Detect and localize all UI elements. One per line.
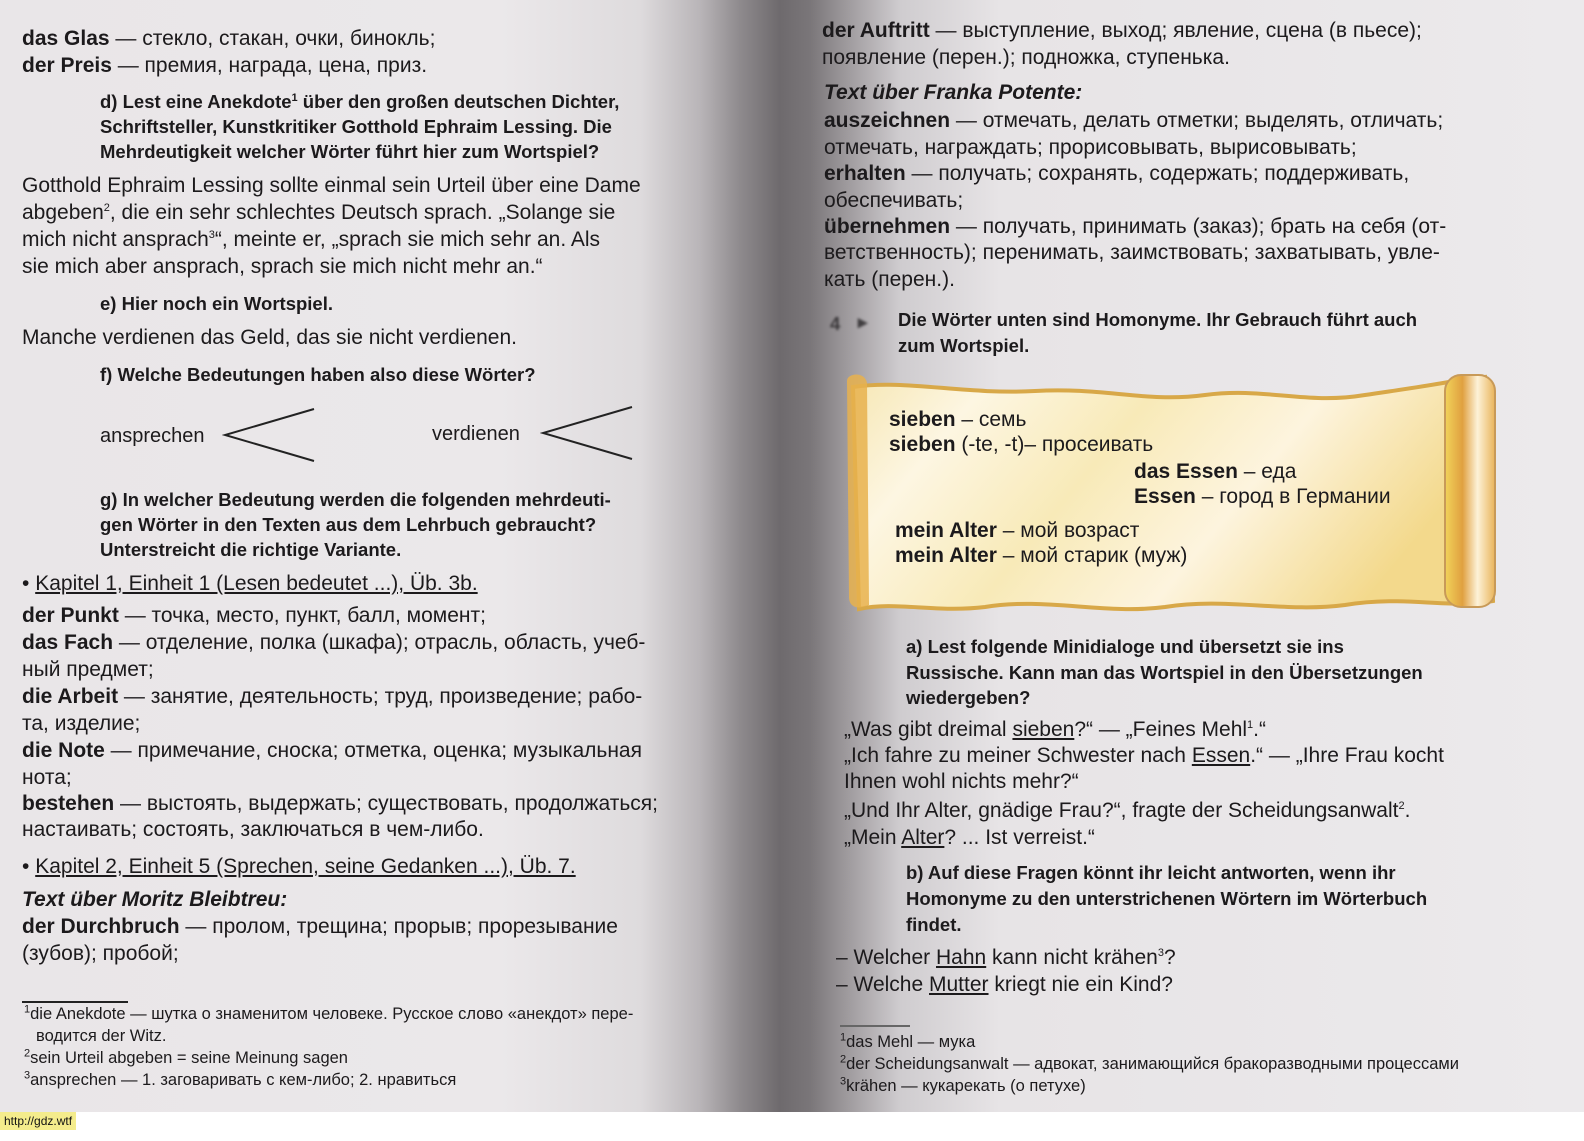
task-marker-icon: ▸: [858, 309, 867, 335]
task-number: 4: [830, 311, 840, 337]
homonym-pair: mein Alter – мой старик (муж): [895, 543, 1187, 569]
dialogue-line: „Ich fahre zu meiner Schwester nach Esse…: [844, 743, 1444, 769]
task-g-heading: g) In welcher Bedeutung werden die folge…: [100, 487, 611, 513]
vocab-entry: der Punkt — точка, место, пункт, балл, м…: [22, 603, 486, 629]
homonym-pair: sieben (-te, -t)– просеивать: [889, 432, 1153, 458]
vocab-entry-cont: ный предмет;: [22, 657, 154, 683]
task-d-heading: d) Lest eine Anekdote1 über den großen d…: [100, 89, 619, 115]
section-heading: • Kapitel 2, Einheit 5 (Sprechen, seine …: [22, 854, 576, 880]
word-ansprechen: ansprechen: [100, 423, 205, 449]
task-e-heading: e) Hier noch ein Wortspiel.: [100, 291, 333, 317]
homonym-pair: Essen – город в Германии: [1134, 484, 1391, 510]
homonym-pair: sieben – семь: [889, 407, 1026, 433]
vocab-entry: bestehen — выстоять, выдержать; существо…: [22, 791, 658, 817]
section-heading: • Kapitel 1, Einheit 1 (Lesen bedeutet .…: [22, 571, 478, 597]
footnote: 3ansprechen — 1. заговаривать с кем-либо…: [24, 1067, 456, 1093]
dialogue-line: Ihnen wohl nichts mehr?“: [844, 769, 1079, 795]
vocab-entry-cont: (зубов); пробой;: [22, 941, 179, 967]
vocab-entry-cont: обеспечивать;: [824, 188, 963, 214]
task-d-heading: Schriftsteller, Kunstkritiker Gotthold E…: [100, 114, 612, 140]
dialogue-line: „Mein Alter? ... Ist verreist.“: [844, 825, 1095, 851]
vocab-entry: erhalten — получать; сохранять, содержат…: [824, 161, 1409, 187]
vocab-entry: auszeichnen — отмечать, делать отметки; …: [824, 108, 1443, 134]
vocab-entry-cont: та, изделие;: [22, 711, 140, 737]
task-a-heading: Russische. Kann man das Wortspiel in den…: [906, 660, 1423, 686]
vocab-entry: die Arbeit — занятие, деятельность; труд…: [22, 684, 642, 710]
anecdote-text: abgeben2, die ein sehr schlechtes Deutsc…: [22, 200, 615, 226]
task-b-heading: findet.: [906, 912, 962, 938]
task-g-heading: gen Wörter in den Texten aus dem Lehrbuc…: [100, 512, 596, 538]
homonym-pair: das Essen – еда: [1134, 459, 1296, 485]
anecdote-text: Gotthold Ephraim Lessing sollte einmal s…: [22, 173, 641, 199]
vocab-entry-cont: ветственность); перенимать, заимствовать…: [824, 240, 1440, 266]
task-b-heading: Homonyme zu den unterstrichenen Wörtern …: [906, 886, 1427, 912]
task-a-heading: wiedergeben?: [906, 685, 1030, 711]
footnote: 3krähen — кукарекать (о петухе): [840, 1073, 1086, 1099]
dialogue-line: „Was gibt dreimal sieben?“ — „Feines Meh…: [844, 717, 1266, 743]
vocab-entry: der Preis — премия, награда, цена, приз.: [22, 53, 427, 79]
vocab-entry-cont: отмечать, награждать; прорисовывать, выр…: [824, 135, 1357, 161]
anecdote-text: mich nicht ansprach3“, meinte er, „sprac…: [22, 227, 600, 253]
task-b-heading: b) Auf diese Fragen könnt ihr leicht ant…: [906, 860, 1396, 886]
vocab-entry: der Auftritt — выступление, выход; явлен…: [822, 18, 1422, 44]
vocab-entry-cont: появление (перен.); подножка, ступенька.: [822, 45, 1230, 71]
branch-icon: [222, 405, 322, 465]
vocab-entry: die Note — примечание, сноска; отметка, …: [22, 738, 642, 764]
watermark-link[interactable]: http://gdz.wtf: [0, 1112, 76, 1130]
word-verdienen: verdienen: [432, 421, 520, 447]
task-4-heading: zum Wortspiel.: [898, 333, 1029, 359]
vocab-entry: das Fach — отделение, полка (шкафа); отр…: [22, 630, 645, 656]
task-a-heading: a) Lest folgende Minidialoge und überset…: [906, 634, 1344, 660]
textbook-spread: das Glas — стекло, стакан, очки, бинокль…: [0, 0, 1584, 1112]
question-line: – Welche Mutter kriegt nie ein Kind?: [836, 972, 1173, 998]
homonym-pair: mein Alter – мой возраст: [895, 518, 1139, 544]
vocab-entry: übernehmen — получать, принимать (заказ)…: [824, 214, 1446, 240]
branch-icon: [540, 403, 640, 463]
task-g-heading: Unterstreicht die richtige Variante.: [100, 537, 401, 563]
task-f-heading: f) Welche Bedeutungen haben also diese W…: [100, 362, 536, 388]
homonyms-scroll: sieben – семь sieben (-te, -t)– просеива…: [845, 365, 1515, 615]
question-line: – Welcher Hahn kann nicht krähen3?: [836, 945, 1176, 971]
anecdote-text: sie mich aber ansprach, sprach sie mich …: [22, 254, 543, 280]
vocab-entry-cont: настаивать; состоять, заключаться в чем-…: [22, 817, 484, 843]
vocab-entry: das Glas — стекло, стакан, очки, бинокль…: [22, 26, 435, 52]
vocab-entry: der Durchbruch — пролом, трещина; прорыв…: [22, 914, 618, 940]
section-subtitle: Text über Moritz Bleibtreu:: [22, 887, 287, 913]
wordplay-text: Manche verdienen das Geld, das sie nicht…: [22, 325, 517, 351]
dialogue-line: „Und Ihr Alter, gnädige Frau?“, fragte d…: [844, 798, 1410, 824]
footnote-rule: [840, 1025, 910, 1027]
section-subtitle: Text über Franka Potente:: [824, 80, 1082, 106]
task-d-heading: Mehrdeutigkeit welcher Wörter führt hier…: [100, 139, 599, 165]
vocab-entry-cont: нота;: [22, 765, 72, 791]
task-4-heading: Die Wörter unten sind Homonyme. Ihr Gebr…: [898, 307, 1417, 333]
vocab-entry-cont: кать (перен.).: [824, 267, 955, 293]
